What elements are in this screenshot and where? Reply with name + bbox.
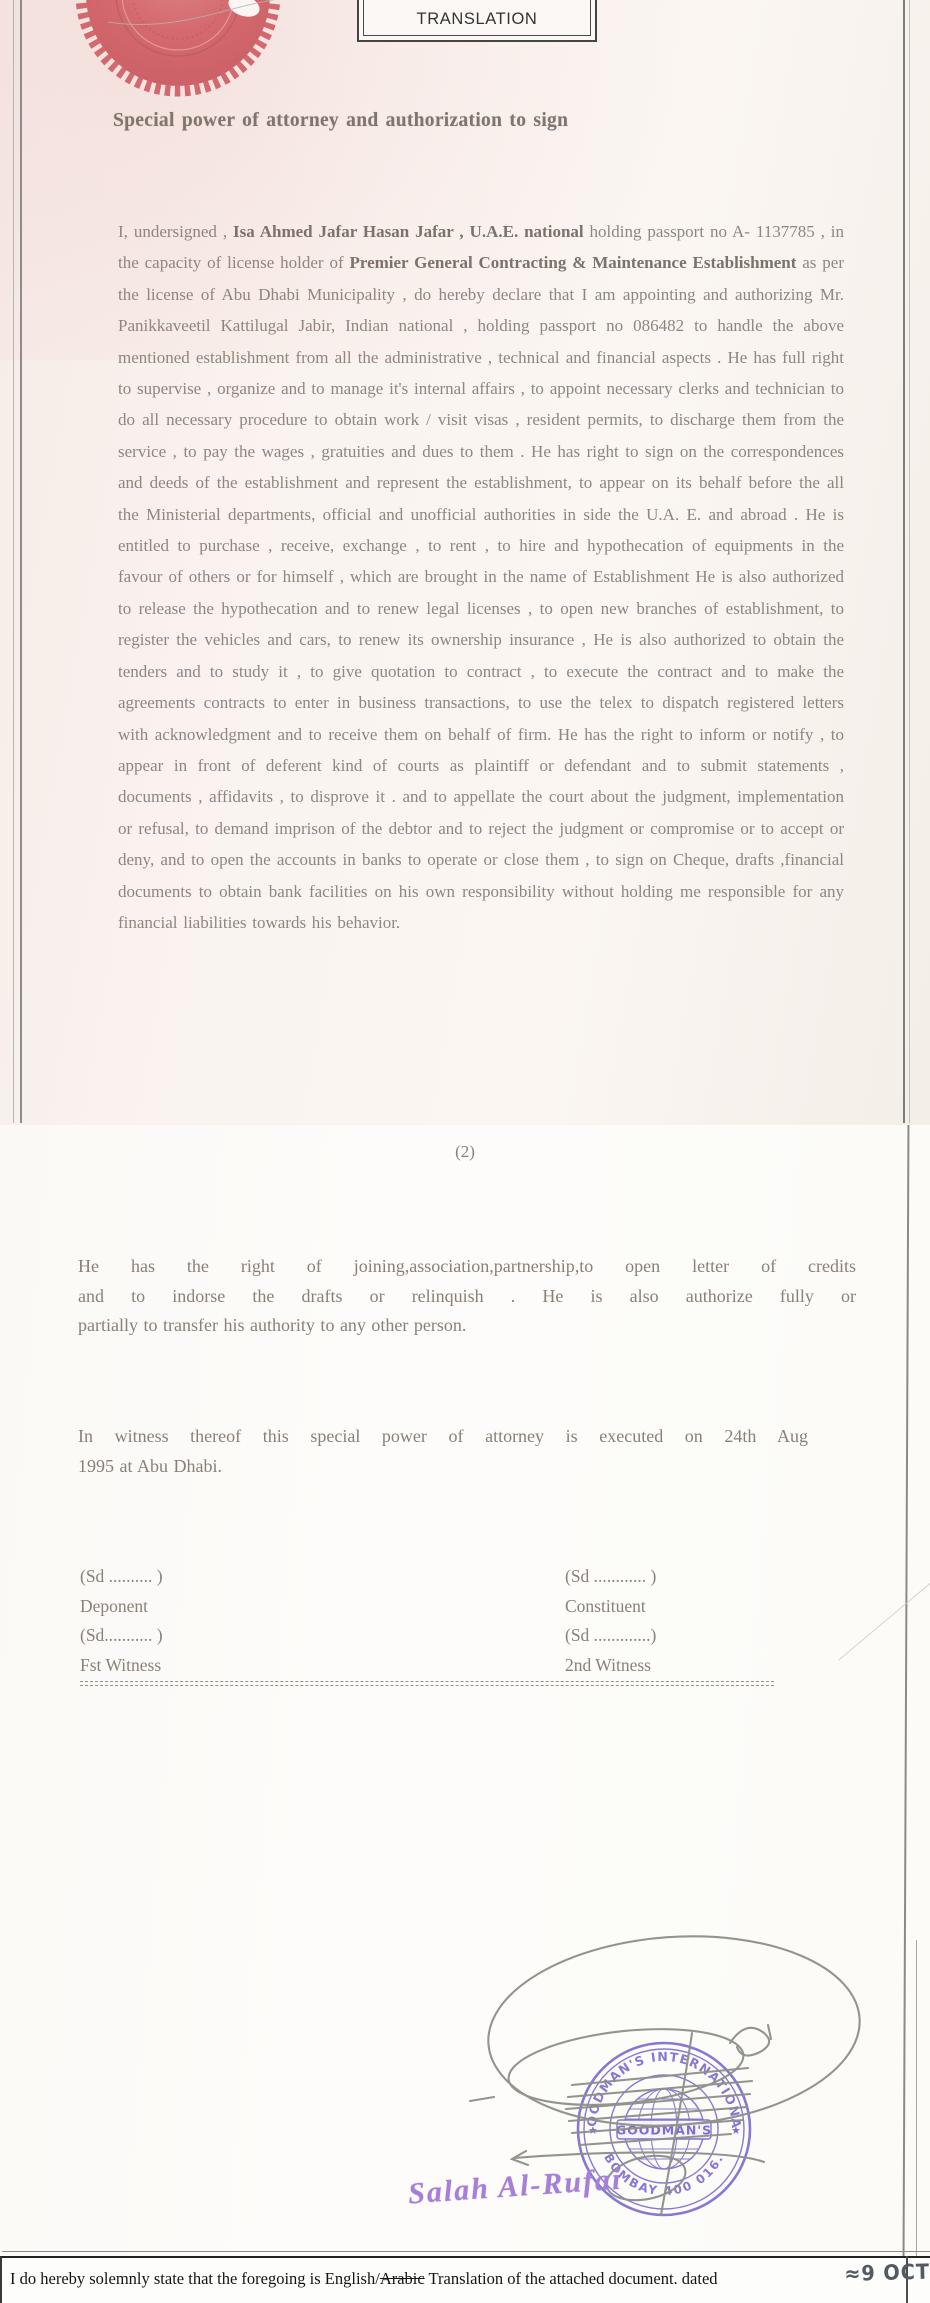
translation-label: TRANSLATION	[359, 10, 595, 29]
red-notary-seal	[48, 0, 308, 112]
page-edge-line	[903, 0, 905, 1123]
signature-role: Deponent	[80, 1592, 163, 1622]
page-edge-line	[13, 0, 14, 1123]
body-seg3: as per the license of Abu Dhabi Municipa…	[118, 253, 844, 932]
statement-after: Translation of the attached document. da…	[425, 2269, 718, 2288]
body-seg1: I, undersigned ,	[118, 222, 233, 241]
footer-statement: I do hereby solemnly state that the fore…	[10, 2269, 718, 2289]
signature-sd-line: (Sd........... )	[80, 1621, 163, 1651]
page-number: (2)	[0, 1142, 930, 1162]
witness-line: In witness thereof this special power of…	[78, 1422, 808, 1452]
witness-line: 1995 at Abu Dhabi.	[78, 1452, 808, 1482]
scanned-document: TRANSLATION Special power of attorney an…	[0, 0, 930, 2303]
certification-footer: I do hereby solemnly state that the fore…	[0, 2256, 930, 2303]
double-rule	[80, 1681, 774, 1686]
signature-sd-line: (Sd ............ )	[565, 1562, 656, 1592]
translation-stamp-box: TRANSLATION	[357, 0, 597, 42]
rights-paragraph: He has the right of joining,association,…	[78, 1252, 856, 1341]
signature-sd-line: (Sd .............)	[565, 1621, 656, 1651]
signature-sd-line: (Sd .......... )	[80, 1562, 163, 1592]
struck-word: Arabic	[380, 2269, 425, 2288]
rights-line: He has the right of joining,association,…	[78, 1252, 856, 1282]
statement-before: I do hereby solemnly state that the fore…	[10, 2269, 380, 2288]
signature-role: 2nd Witness	[565, 1651, 656, 1681]
principal-name: Isa Ahmed Jafar Hasan Jafar , U.A.E. nat…	[233, 222, 584, 241]
date-stamp: ≈9 OCT 1995	[844, 2258, 930, 2286]
rights-line: partially to transfer his authority to a…	[78, 1311, 856, 1341]
page-edge-line	[909, 0, 910, 1123]
signature-block-right: (Sd ............ ) Constituent (Sd .....…	[565, 1562, 656, 1680]
signature-role: Constituent	[565, 1592, 656, 1622]
rights-line: and to indorse the drafts or relinquish …	[78, 1282, 856, 1312]
body-paragraph: I, undersigned , Isa Ahmed Jafar Hasan J…	[118, 216, 844, 938]
signature-block-left: (Sd .......... ) Deponent (Sd...........…	[80, 1562, 163, 1680]
witness-clause: In witness thereof this special power of…	[78, 1422, 808, 1481]
page-edge-line	[916, 1940, 917, 2256]
company-name: Premier General Contracting & Maintenanc…	[349, 253, 796, 272]
signature-role: Fst Witness	[80, 1651, 163, 1681]
page-edge-line	[20, 0, 22, 1123]
document-title: Special power of attorney and authorizat…	[113, 110, 753, 132]
